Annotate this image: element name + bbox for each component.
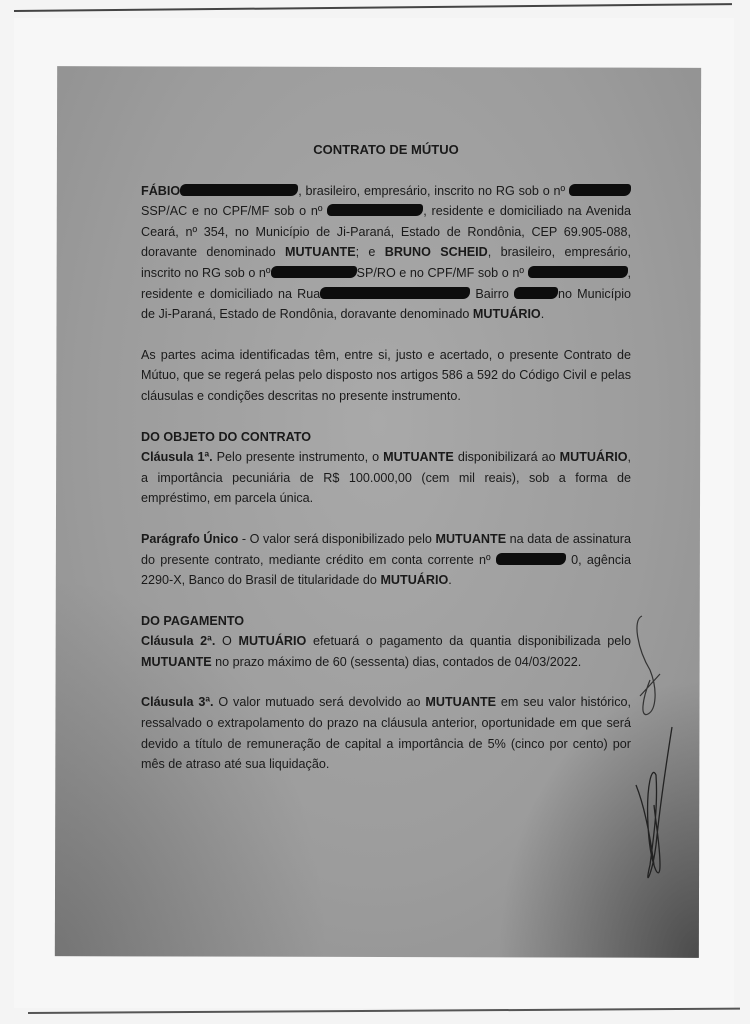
redaction-mutuante-surname (180, 184, 298, 196)
redaction-mutuante-rg (569, 184, 631, 196)
intro-paragraph: As partes acima identificadas têm, entre… (141, 345, 631, 407)
redaction-mutuante-cpf (327, 204, 423, 216)
redaction-mutuario-rg (271, 266, 357, 278)
document-title: CONTRATO DE MÚTUO (141, 140, 631, 161)
section-heading-payment: DO PAGAMENTO (141, 611, 631, 632)
clause-1: Cláusula 1ª. Pelo presente instrumento, … (141, 447, 631, 509)
redaction-mutuario-cpf (528, 266, 628, 278)
redaction-mutuario-neighborhood (514, 287, 558, 299)
mutuante-first-name: FÁBIO (141, 184, 180, 198)
contract-body: CONTRATO DE MÚTUO FÁBIO, brasileiro, emp… (141, 140, 631, 775)
sole-paragraph: Parágrafo Único - O valor será disponibi… (141, 529, 631, 591)
clause-2: Cláusula 2ª. O MUTUÁRIO efetuará o pagam… (141, 631, 631, 672)
redaction-account-number (496, 553, 566, 565)
clause-3: Cláusula 3ª. O valor mutuado será devolv… (141, 692, 631, 774)
parties-paragraph: FÁBIO, brasileiro, empresário, inscrito … (141, 181, 631, 325)
paper-edge-top (14, 3, 732, 12)
mutuario-name: BRUNO SCHEID (385, 245, 488, 259)
section-heading-object: DO OBJETO DO CONTRATO (141, 427, 631, 448)
redaction-mutuario-address (320, 287, 470, 299)
paper-edge-bottom (28, 1008, 740, 1014)
